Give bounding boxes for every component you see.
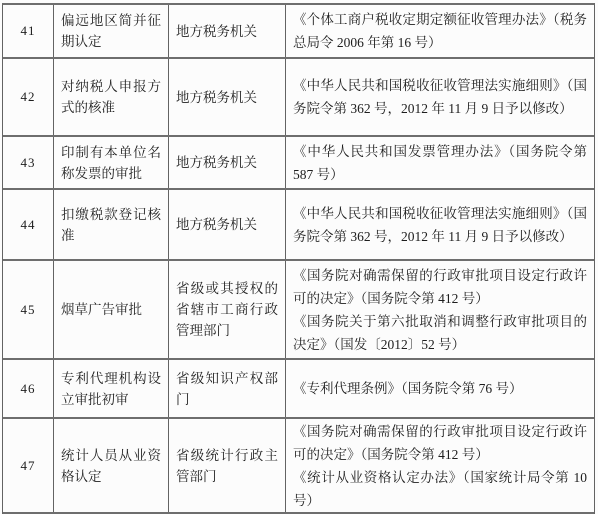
row-number-cell: 42	[3, 59, 54, 135]
table-row: 46 专利代理机构设立审批初审 省级知识产权部门 《专利代理条例》（国务院令第 …	[3, 360, 594, 419]
row-number-cell: 47	[3, 419, 54, 512]
item-name-cell: 印制有本单位名称发票的审批	[54, 137, 169, 188]
table-row: 41 偏远地区简并征期认定 地方税务机关 《个体工商户税收定期定额征收管理办法》…	[3, 5, 594, 59]
legal-basis-entry: 《中华人民共和国税收征收管理法实施细则》（国务院令第 362 号，2012 年 …	[293, 202, 587, 248]
legal-basis-cell: 《个体工商户税收定期定额征收管理办法》（税务总局令 2006 年第 16 号）	[286, 5, 594, 57]
legal-basis-cell: 《专利代理条例》（国务院令第 76 号）	[286, 360, 594, 417]
legal-basis-entry: 《统计从业资格认定办法》（国家统计局令第 10 号）	[293, 466, 587, 512]
legal-basis-entry: 《专利代理条例》（国务院令第 76 号）	[293, 377, 587, 400]
row-number-cell: 46	[3, 360, 54, 417]
table-row: 42 对纳税人申报方式的核准 地方税务机关 《中华人民共和国税收征收管理法实施细…	[3, 59, 594, 137]
item-name: 印制有本单位名称发票的审批	[61, 142, 161, 184]
authority: 地方税务机关	[176, 152, 278, 173]
legal-basis-cell: 《国务院对确需保留的行政审批项目设定行政许可的决定》（国务院令第 412 号） …	[286, 261, 594, 358]
item-name-cell: 对纳税人申报方式的核准	[54, 59, 169, 135]
item-name-cell: 偏远地区简并征期认定	[54, 5, 169, 57]
legal-basis-cell: 《中华人民共和国税收征收管理法实施细则》（国务院令第 362 号，2012 年 …	[286, 59, 594, 135]
item-name: 对纳税人申报方式的核准	[61, 76, 161, 118]
item-name: 扣缴税款登记核准	[61, 204, 161, 246]
authority: 省级知识产权部门	[176, 368, 278, 410]
item-name-cell: 统计人员从业资格认定	[54, 419, 169, 512]
authority: 地方税务机关	[176, 87, 278, 108]
authority-cell: 地方税务机关	[169, 5, 286, 57]
legal-basis-entry: 《个体工商户税收定期定额征收管理办法》（税务总局令 2006 年第 16 号）	[293, 8, 587, 54]
row-number: 47	[21, 458, 36, 474]
authority: 省级统计行政主管部门	[176, 445, 278, 487]
row-number-cell: 41	[3, 5, 54, 57]
table-row: 45 烟草广告审批 省级或其授权的省辖市工商行政管理部门 《国务院对确需保留的行…	[3, 261, 594, 360]
legal-basis-entry: 《中华人民共和国税收征收管理法实施细则》（国务院令第 362 号，2012 年 …	[293, 74, 587, 120]
table-row: 43 印制有本单位名称发票的审批 地方税务机关 《中华人民共和国发票管理办法》（…	[3, 137, 594, 190]
item-name-cell: 扣缴税款登记核准	[54, 190, 169, 259]
row-number: 42	[21, 89, 36, 105]
document-scan: 41 偏远地区简并征期认定 地方税务机关 《个体工商户税收定期定额征收管理办法》…	[0, 0, 598, 514]
legal-basis-cell: 《中华人民共和国税收征收管理法实施细则》（国务院令第 362 号，2012 年 …	[286, 190, 594, 259]
item-name-cell: 专利代理机构设立审批初审	[54, 360, 169, 417]
item-name-cell: 烟草广告审批	[54, 261, 169, 358]
row-number: 46	[21, 381, 36, 397]
approval-items-table: 41 偏远地区简并征期认定 地方税务机关 《个体工商户税收定期定额征收管理办法》…	[2, 3, 595, 514]
table-row: 47 统计人员从业资格认定 省级统计行政主管部门 《国务院对确需保留的行政审批项…	[3, 419, 594, 514]
row-number: 41	[21, 23, 36, 39]
authority: 省级或其授权的省辖市工商行政管理部门	[176, 278, 278, 341]
row-number: 43	[21, 155, 36, 171]
legal-basis-entry: 《国务院关于第六批取消和调整行政审批项目的决定》（国发〔2012〕52 号）	[293, 310, 587, 356]
authority: 地方税务机关	[176, 214, 278, 235]
legal-basis-cell: 《国务院对确需保留的行政审批项目设定行政许可的决定》（国务院令第 412 号） …	[286, 419, 594, 512]
authority-cell: 省级或其授权的省辖市工商行政管理部门	[169, 261, 286, 358]
authority-cell: 省级统计行政主管部门	[169, 419, 286, 512]
authority-cell: 地方税务机关	[169, 137, 286, 188]
legal-basis-entry: 《国务院对确需保留的行政审批项目设定行政许可的决定》（国务院令第 412 号）	[293, 420, 587, 466]
table-row: 44 扣缴税款登记核准 地方税务机关 《中华人民共和国税收征收管理法实施细则》（…	[3, 190, 594, 261]
legal-basis-entry: 《中华人民共和国发票管理办法》（国务院令第 587 号）	[293, 140, 587, 186]
row-number-cell: 43	[3, 137, 54, 188]
item-name: 烟草广告审批	[61, 299, 161, 320]
row-number: 45	[21, 302, 36, 318]
legal-basis-entry: 《国务院对确需保留的行政审批项目设定行政许可的决定》（国务院令第 412 号）	[293, 264, 587, 310]
authority-cell: 地方税务机关	[169, 59, 286, 135]
authority-cell: 地方税务机关	[169, 190, 286, 259]
row-number: 44	[21, 217, 36, 233]
item-name: 统计人员从业资格认定	[61, 445, 161, 487]
authority: 地方税务机关	[176, 21, 278, 42]
item-name: 专利代理机构设立审批初审	[61, 368, 161, 410]
item-name: 偏远地区简并征期认定	[61, 10, 161, 52]
legal-basis-cell: 《中华人民共和国发票管理办法》（国务院令第 587 号）	[286, 137, 594, 188]
authority-cell: 省级知识产权部门	[169, 360, 286, 417]
row-number-cell: 45	[3, 261, 54, 358]
row-number-cell: 44	[3, 190, 54, 259]
